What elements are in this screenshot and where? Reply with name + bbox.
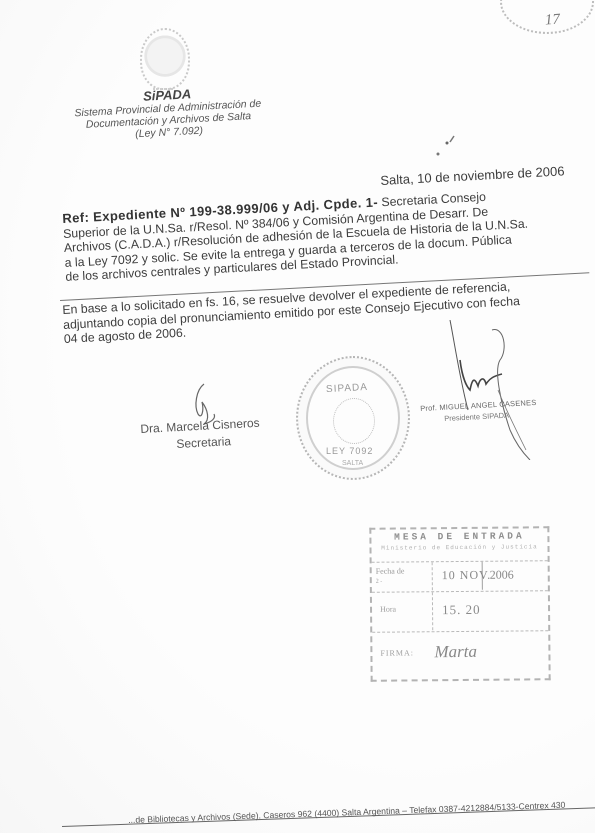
- seal-law-text: LEY 7092: [326, 446, 373, 456]
- reception-stamp: MESA DE ENTRADA Ministerio de Educación …: [369, 526, 550, 682]
- stamp-signature-row: FIRMA: Marta: [372, 630, 548, 678]
- coat-of-arms-icon: [140, 28, 190, 90]
- stamp-time-label: Hora: [380, 605, 396, 614]
- stamp-signature-value: Marta: [434, 642, 477, 662]
- stamp-subtitle: Ministerio de Educación y Justicia: [371, 543, 547, 552]
- stamp-title: MESA DE ENTRADA: [371, 530, 547, 543]
- stamp-time-value: 15. 20: [442, 602, 481, 618]
- stamp-date-row: Fecha de 2 - 10 NOV. 2006: [372, 560, 548, 591]
- seal-city-text: SALTA: [342, 460, 363, 467]
- place-date: Salta, 10 de noviembre de 2006: [380, 163, 565, 188]
- reference-block: Ref: Expediente Nº 199-38.999/06 y Adj. …: [62, 185, 585, 285]
- ink-marks: [410, 120, 470, 160]
- president-signature: [420, 320, 560, 460]
- seal-emblem-icon: [333, 398, 375, 444]
- stamp-divider: [432, 592, 433, 630]
- organization-header: SiPADA Sistema Provincial de Administrac…: [62, 84, 274, 144]
- secretary-title: Secretaria: [176, 434, 231, 451]
- stamp-divider: [432, 562, 433, 590]
- stamp-time-row: Hora 15. 20: [372, 590, 548, 631]
- stamp-year-value: 2006: [490, 568, 514, 583]
- stamp-signature-label: FIRMA:: [380, 648, 414, 657]
- folio-number: 17: [544, 11, 560, 29]
- stamp-date-value: 10 NOV.: [442, 568, 492, 583]
- footer-address: ...de Bibliotecas y Archivos (Sede). Cas…: [128, 800, 566, 825]
- secretary-name: Dra. Marcela Cisneros: [140, 416, 260, 436]
- seal-text: SIPADA: [326, 382, 368, 395]
- stamp-date-sublabel: 2 -: [376, 579, 383, 585]
- stamp-date-label: Fecha de: [376, 566, 405, 575]
